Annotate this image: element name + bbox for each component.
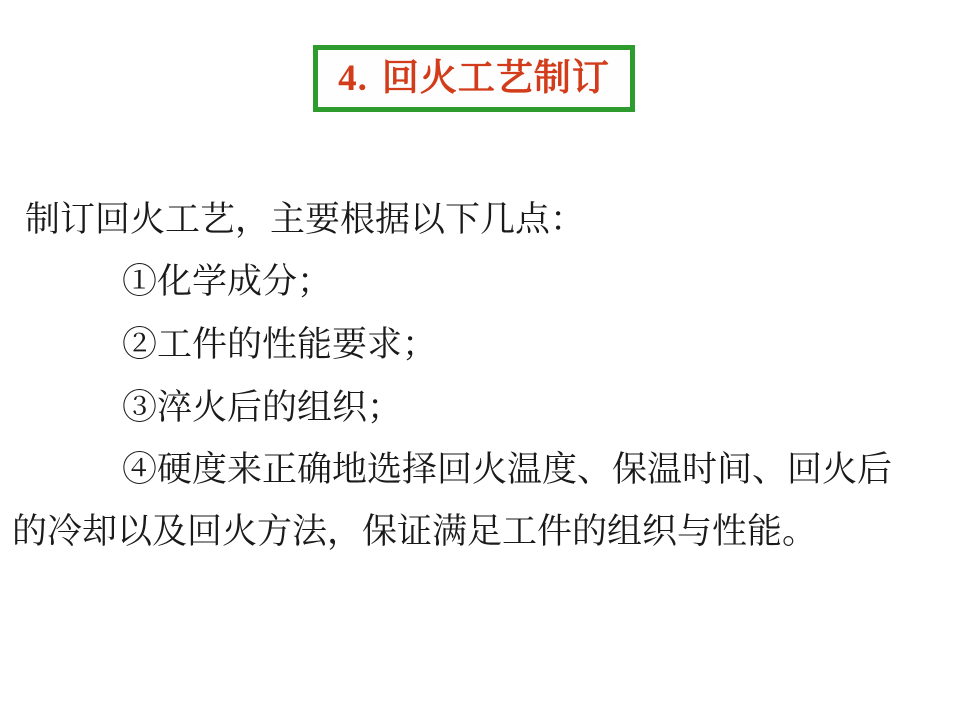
- title-box: 4.回火工艺制订: [313, 45, 635, 112]
- body-item-4: ④硬度来正确地选择回火温度、保温时间、回火后: [122, 452, 892, 487]
- slide-title: 4.回火工艺制订: [338, 60, 610, 97]
- body-continuation-line: 的冷却以及回火方法，保证满足工件的组织与性能。: [12, 514, 817, 549]
- body-item-3: ③淬火后的组织；: [122, 390, 402, 425]
- slide: 4.回火工艺制订 制订回火工艺，主要根据以下几点： ①化学成分； ②工件的性能要…: [0, 0, 960, 720]
- slide-title-number: 4.: [338, 58, 368, 99]
- body-item-2: ②工件的性能要求；: [122, 327, 437, 362]
- body-intro-line: 制订回火工艺，主要根据以下几点：: [25, 202, 585, 237]
- slide-title-label: 回火工艺制订: [382, 58, 610, 99]
- body-item-1: ①化学成分；: [122, 264, 332, 299]
